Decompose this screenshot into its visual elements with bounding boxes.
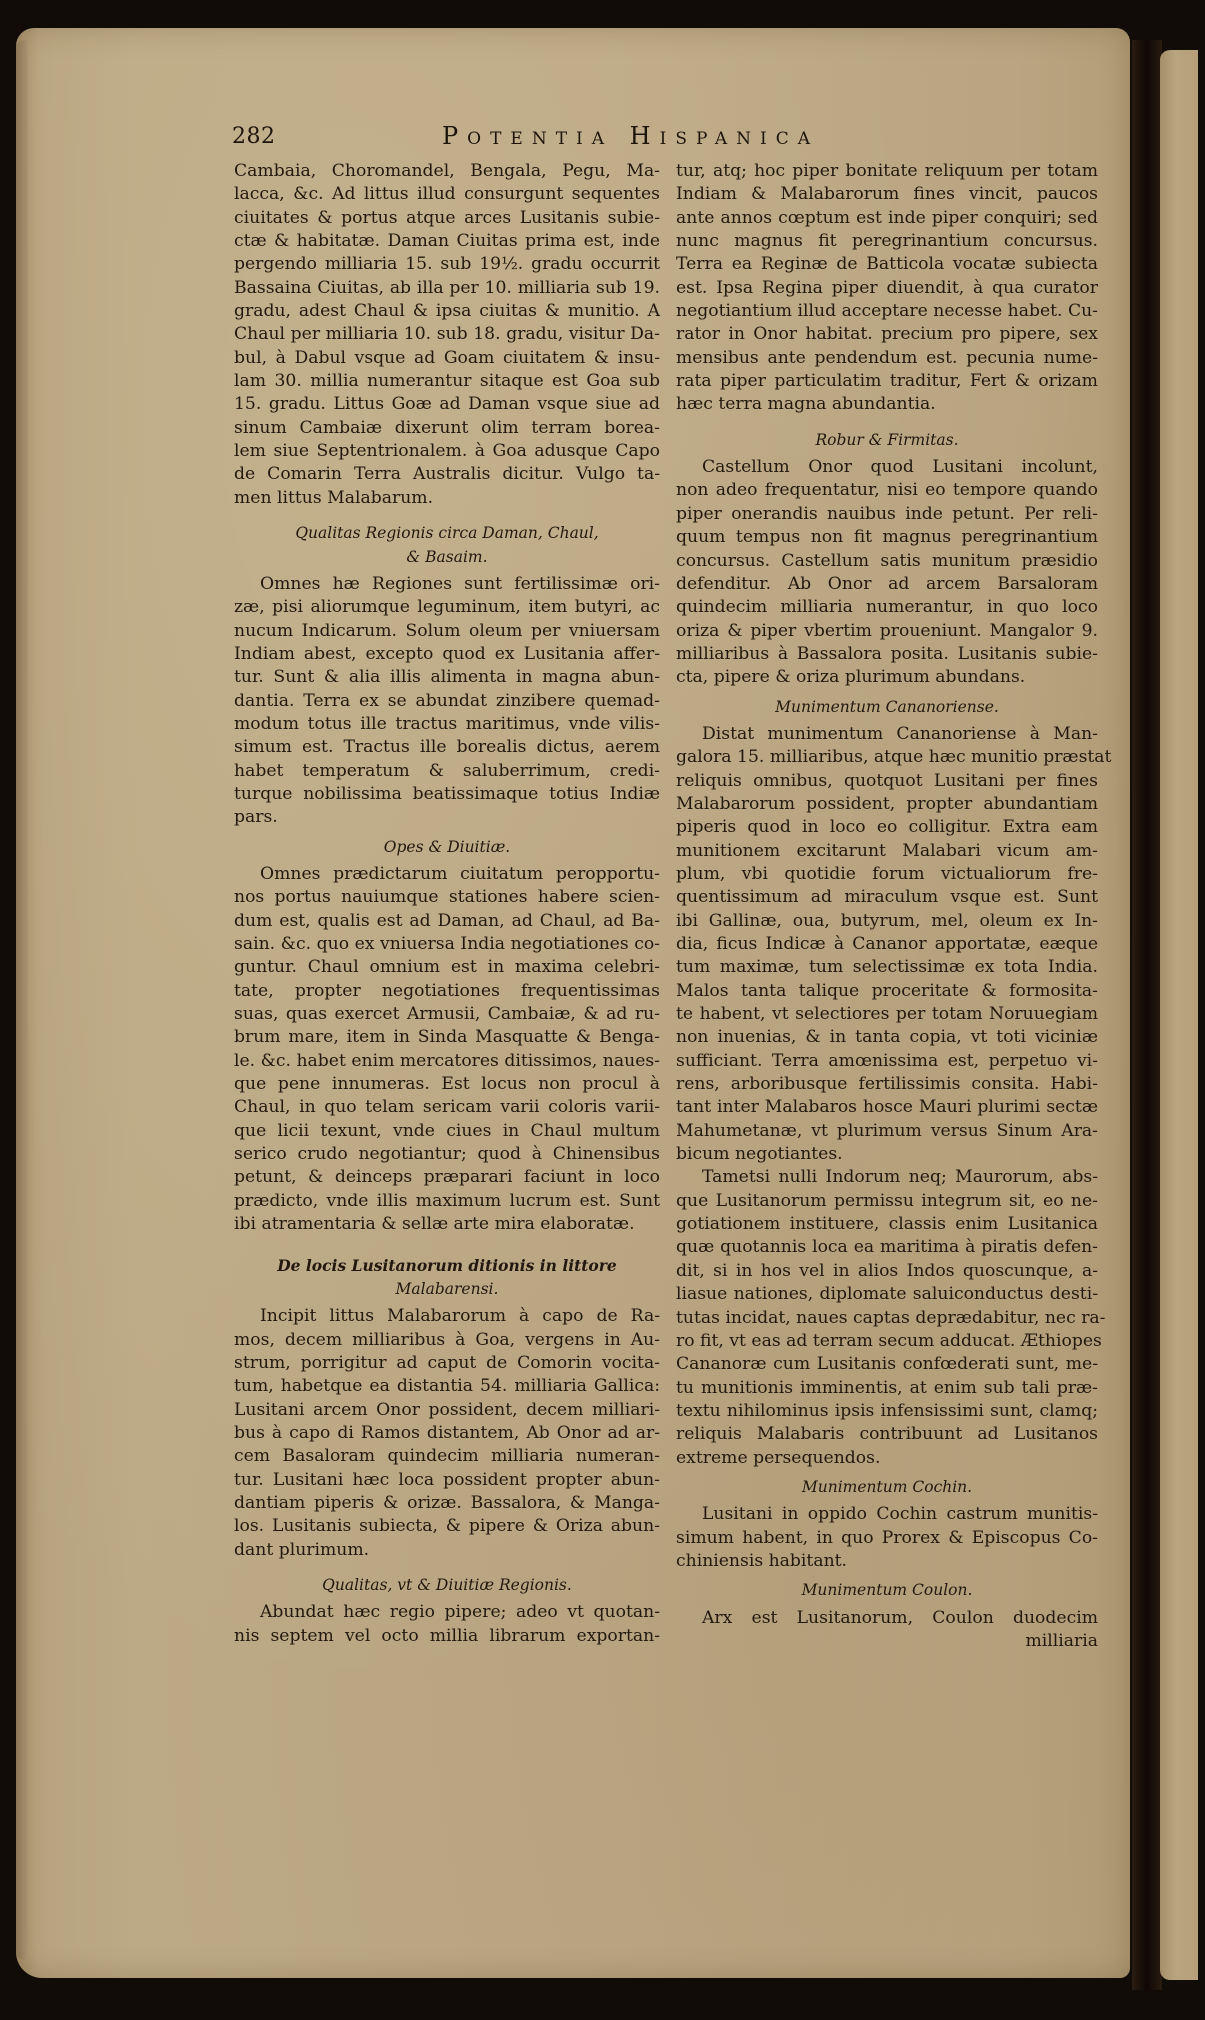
text-line: ctæ & habitatæ. Daman Ciuitas prima est,… xyxy=(234,230,660,253)
text-line: munitionem excitarunt Malabari vicum am- xyxy=(676,840,1098,863)
text-line: Arx est Lusitanorum, Coulon duodecim xyxy=(676,1607,1098,1630)
text-line: rator in Onor habitat. precium pro piper… xyxy=(676,323,1098,346)
text-line: tum maximæ, tum selectissimæ ex tota Ind… xyxy=(676,956,1098,979)
text-line: negotiantium illud acceptare necesse hab… xyxy=(676,300,1098,323)
text-line: tu munitionis imminentis, at enim sub ta… xyxy=(676,1377,1098,1400)
text-line: plum, vbi quotidie forum victualiorum fr… xyxy=(676,863,1098,886)
text-line: dantiam piperis & orizæ. Bassalora, & Ma… xyxy=(234,1492,660,1515)
text-line: 15. gradu. Littus Goæ ad Daman vsque siu… xyxy=(234,393,660,416)
text-line: textu nihilominus ipsis infensissimi sun… xyxy=(676,1400,1098,1423)
text-line: pergendo milliaria 15. sub 19½. gradu oc… xyxy=(234,253,660,276)
text-line: extreme persequendos. xyxy=(676,1447,1098,1470)
right-column: tur, atq; hoc piper bonitate reliquum pe… xyxy=(676,160,1098,1653)
text-line: nis septem vel octo millia librarum expo… xyxy=(234,1625,660,1648)
text-line: ciuitates & portus atque arces Lusitanis… xyxy=(234,207,660,230)
section-heading: Munimentum Cananoriense. xyxy=(676,696,1098,719)
text-line: que licii texunt, vnde ciues in Chaul mu… xyxy=(234,1120,660,1143)
text-line: petunt, & deinceps præparari faciunt in … xyxy=(234,1166,660,1189)
section-heading: Munimentum Cochin. xyxy=(676,1476,1098,1499)
text-line: rens, arboribusque fertilissimis consita… xyxy=(676,1073,1098,1096)
text-line: cta, pipere & oriza plurimum abundans. xyxy=(676,666,1098,689)
text-line: zæ, pisi aliorumque leguminum, item buty… xyxy=(234,596,660,619)
text-line: suas, quas exercet Armusii, Cambaiæ, & a… xyxy=(234,1003,660,1026)
text-line: lam 30. millia numerantur sitaque est Go… xyxy=(234,370,660,393)
text-line: tutas incidat, naues captas deprædabitur… xyxy=(676,1307,1098,1330)
text-line: Cambaia, Choromandel, Bengala, Pegu, Ma- xyxy=(234,160,660,183)
text-line: Castellum Onor quod Lusitani incolunt, xyxy=(676,456,1098,479)
heading-line: Malabarensi. xyxy=(234,1278,660,1301)
text-line: mensibus ante pendendum est. pecunia num… xyxy=(676,347,1098,370)
text-line: reliquis Malabaris contribuunt ad Lusita… xyxy=(676,1423,1098,1446)
heading-line: Qualitas, vt & Diuitiæ Regionis. xyxy=(234,1574,660,1597)
heading-line: Qualitas Regionis circa Daman, Chaul, xyxy=(234,522,660,545)
text-line: turque nobilissima beatissimaque totius … xyxy=(234,783,660,806)
heading-line: De locis Lusitanorum ditionis in littore xyxy=(234,1254,660,1277)
text-line: tum, habetque ea distantia 54. milliaria… xyxy=(234,1375,660,1398)
text-line: chiniensis habitant. xyxy=(676,1550,1098,1573)
paragraph: Castellum Onor quod Lusitani incolunt, n… xyxy=(676,456,1098,689)
text-line: dum est, qualis est ad Daman, ad Chaul, … xyxy=(234,910,660,933)
heading-line: & Basaim. xyxy=(234,546,660,569)
text-line: pars. xyxy=(234,806,660,829)
section-heading: Opes & Diuitiæ. xyxy=(234,836,660,859)
heading-line: Robur & Firmitas. xyxy=(676,429,1098,452)
paragraph: tur, atq; hoc piper bonitate reliquum pe… xyxy=(676,160,1098,417)
text-line: tant inter Malabaros hosce Mauri plurimi… xyxy=(676,1096,1098,1119)
heading-line: Munimentum Cananoriense. xyxy=(676,696,1098,719)
heading-line: Opes & Diuitiæ. xyxy=(234,836,660,859)
text-line: piperis quod in loco eo colligitur. Extr… xyxy=(676,816,1098,839)
paragraph: Tametsi nulli Indorum neq; Maurorum, abs… xyxy=(676,1166,1098,1469)
text-line: prædicto, vnde illis maximum lucrum est.… xyxy=(234,1190,660,1213)
text-line: lem siue Septentrionalem. à Goa adusque … xyxy=(234,440,660,463)
text-line: men littus Malabarum. xyxy=(234,487,660,510)
facing-page-edge xyxy=(1160,50,1198,1980)
text-line: tur, atq; hoc piper bonitate reliquum pe… xyxy=(676,160,1098,183)
text-line: que pene innumeras. Est locus non procul… xyxy=(234,1073,660,1096)
paragraph: Omnes prædictarum ciuitatum peropportu- … xyxy=(234,863,660,1237)
text-line: simum est. Tractus ille borealis dictus,… xyxy=(234,736,660,759)
text-line: cem Basaloram quindecim milliaria numera… xyxy=(234,1445,660,1468)
text-line: tate, propter negotiationes frequentissi… xyxy=(234,980,660,1003)
text-line: Incipit littus Malabarorum à capo de Ra- xyxy=(234,1305,660,1328)
text-line: Lusitani arcem Onor possident, decem mil… xyxy=(234,1399,660,1422)
text-line: sinum Cambaiæ dixerunt olim terram borea… xyxy=(234,417,660,440)
text-line: mos, decem milliaribus à Goa, vergens in… xyxy=(234,1329,660,1352)
text-line: quæ quotannis loca ea maritima à piratis… xyxy=(676,1236,1098,1259)
text-line: bus à capo di Ramos distantem, Ab Onor a… xyxy=(234,1422,660,1445)
text-line: Indiam & Malabarorum fines vincit, pauco… xyxy=(676,183,1098,206)
text-line: defenditur. Ab Onor ad arcem Barsaloram xyxy=(676,573,1098,596)
running-title: Potentia Hispanica xyxy=(442,122,819,150)
text-line: gotiationem instituere, classis enim Lus… xyxy=(676,1213,1098,1236)
text-line: tur. Sunt & alia illis alimenta in magna… xyxy=(234,666,660,689)
text-line: piper onerandis nauibus inde petunt. Per… xyxy=(676,503,1098,526)
text-line: hæc terra magna abundantia. xyxy=(676,393,1098,416)
text-line: Malos tanta talique proceritate & formos… xyxy=(676,980,1098,1003)
text-line: sufficiant. Terra amœnissima est, perpet… xyxy=(676,1050,1098,1073)
text-line: ante annos cœptum est inde piper conquir… xyxy=(676,207,1098,230)
text-line: Terra ea Reginæ de Batticola vocatæ subi… xyxy=(676,253,1098,276)
text-line: tur. Lusitani hæc loca possident propter… xyxy=(234,1469,660,1492)
text-line: ibi Gallinæ, oua, butyrum, mel, oleum ex… xyxy=(676,910,1098,933)
text-line: que Lusitanorum permissu integrum sit, e… xyxy=(676,1190,1098,1213)
text-line: rata piper particulatim traditur, Fert &… xyxy=(676,370,1098,393)
text-line: Tametsi nulli Indorum neq; Maurorum, abs… xyxy=(676,1166,1098,1189)
text-line: simum habent, in quo Prorex & Episcopus … xyxy=(676,1527,1098,1550)
text-line: brum mare, item in Sinda Masquatte & Ben… xyxy=(234,1026,660,1049)
text-line: nos portus nauiumque stationes habere sc… xyxy=(234,886,660,909)
text-line: Bassaina Ciuitas, ab illa per 10. millia… xyxy=(234,277,660,300)
text-line: liasue nationes, diplomate saluiconductu… xyxy=(676,1283,1098,1306)
text-line: te habent, vt selectiores per totam Noru… xyxy=(676,1003,1098,1026)
text-line: est. Ipsa Regina piper diuendit, à qua c… xyxy=(676,277,1098,300)
section-heading: Qualitas Regionis circa Daman, Chaul, & … xyxy=(234,522,660,569)
text-line: guntur. Chaul omnium est in maxima celeb… xyxy=(234,956,660,979)
text-line: Lusitani in oppido Cochin castrum muniti… xyxy=(676,1503,1098,1526)
text-line: le. &c. habet enim mercatores ditissimos… xyxy=(234,1050,660,1073)
heading-line: Munimentum Cochin. xyxy=(676,1476,1098,1499)
book-gutter xyxy=(1132,40,1162,1990)
left-column: Cambaia, Choromandel, Bengala, Pegu, Ma-… xyxy=(234,160,660,1648)
text-line: de Comarin Terra Australis dicitur. Vulg… xyxy=(234,463,660,486)
text-line: strum, porrigitur ad caput de Comorin vo… xyxy=(234,1352,660,1375)
section-heading: De locis Lusitanorum ditionis in littore… xyxy=(234,1254,660,1301)
text-line: sain. &c. quo ex vniuersa India negotiat… xyxy=(234,933,660,956)
text-line: dant plurimum. xyxy=(234,1539,660,1562)
text-line: bicum negotiantes. xyxy=(676,1143,1098,1166)
text-line: reliquis omnibus, quotquot Lusitani per … xyxy=(676,770,1098,793)
text-line: quentissimum ad miraculum vsque est. Sun… xyxy=(676,886,1098,909)
text-line: oriza & piper vbertim proueniunt. Mangal… xyxy=(676,620,1098,643)
text-line: bul, à Dabul vsque ad Goam ciuitatem & i… xyxy=(234,347,660,370)
text-line: Cananoræ cum Lusitanis confœderati sunt,… xyxy=(676,1353,1098,1376)
paragraph: Omnes hæ Regiones sunt fertilissimæ ori-… xyxy=(234,573,660,830)
text-line: quum tempus non fit magnus peregrinantiu… xyxy=(676,526,1098,549)
section-heading: Robur & Firmitas. xyxy=(676,429,1098,452)
page-stack-edge xyxy=(16,40,28,1960)
text-line: Chaul, in quo telam sericam varii colori… xyxy=(234,1096,660,1119)
text-line: Omnes hæ Regiones sunt fertilissimæ ori- xyxy=(234,573,660,596)
text-line: Chaul per milliaria 10. sub 18. gradu, v… xyxy=(234,323,660,346)
text-line: lacca, &c. Ad littus illud consurgunt se… xyxy=(234,183,660,206)
text-line: los. Lusitanis subiecta, & pipere & Oriz… xyxy=(234,1515,660,1538)
text-line: Omnes prædictarum ciuitatum peropportu- xyxy=(234,863,660,886)
catchword: milliaria xyxy=(676,1630,1098,1653)
text-line: nunc magnus fit peregrinantium concursus… xyxy=(676,230,1098,253)
text-line: serico crudo negotiantur; quod à Chinens… xyxy=(234,1143,660,1166)
text-line: milliaribus à Bassalora posita. Lusitani… xyxy=(676,643,1098,666)
text-line: non inuenias, & in tanta copia, vt toti … xyxy=(676,1026,1098,1049)
text-line: dantia. Terra ex se abundat zinzibere qu… xyxy=(234,690,660,713)
paragraph: Arx est Lusitanorum, Coulon duodecim mil… xyxy=(676,1607,1098,1654)
paragraph: Cambaia, Choromandel, Bengala, Pegu, Ma-… xyxy=(234,160,660,510)
page-header: 282 Potentia Hispanica xyxy=(232,124,1092,154)
text-line: nucum Indicarum. Solum oleum per vniuers… xyxy=(234,620,660,643)
text-line: habet temperatum & saluberrimum, credi- xyxy=(234,760,660,783)
text-line: concursus. Castellum satis munitum præsi… xyxy=(676,550,1098,573)
text-line: Abundat hæc regio pipere; adeo vt quotan… xyxy=(234,1601,660,1624)
heading-line: Munimentum Coulon. xyxy=(676,1579,1098,1602)
text-line: quindecim milliaria numerantur, in quo l… xyxy=(676,596,1098,619)
paragraph: Distat munimentum Cananoriense à Man- ga… xyxy=(676,723,1098,1167)
text-line: dia, ficus Indicæ à Cananor apportatæ, e… xyxy=(676,933,1098,956)
text-line: Distat munimentum Cananoriense à Man- xyxy=(676,723,1098,746)
text-line: Malabarorum possident, propter abundanti… xyxy=(676,793,1098,816)
text-line: non adeo frequentatur, nisi eo tempore q… xyxy=(676,479,1098,502)
text-line: galora 15. milliaribus, atque hæc muniti… xyxy=(676,746,1098,769)
text-line: modum totus ille tractus maritimus, vnde… xyxy=(234,713,660,736)
text-line: dit, si in hos vel in alios Indos quoscu… xyxy=(676,1260,1098,1283)
paragraph: Lusitani in oppido Cochin castrum muniti… xyxy=(676,1503,1098,1573)
section-heading: Qualitas, vt & Diuitiæ Regionis. xyxy=(234,1574,660,1597)
text-line: Indiam abest, excepto quod ex Lusitania … xyxy=(234,643,660,666)
section-heading: Munimentum Coulon. xyxy=(676,1579,1098,1602)
page-number: 282 xyxy=(232,124,276,149)
text-line: Mahumetanæ, vt plurimum versus Sinum Ara… xyxy=(676,1120,1098,1143)
text-line: gradu, adest Chaul & ipsa ciuitas & muni… xyxy=(234,300,660,323)
paragraph: Incipit littus Malabarorum à capo de Ra-… xyxy=(234,1305,660,1562)
paragraph: Abundat hæc regio pipere; adeo vt quotan… xyxy=(234,1601,660,1648)
text-line: ro fit, vt eas ad terram secum adducat. … xyxy=(676,1330,1098,1353)
text-line: ibi atramentaria & sellæ arte mira elabo… xyxy=(234,1213,660,1236)
